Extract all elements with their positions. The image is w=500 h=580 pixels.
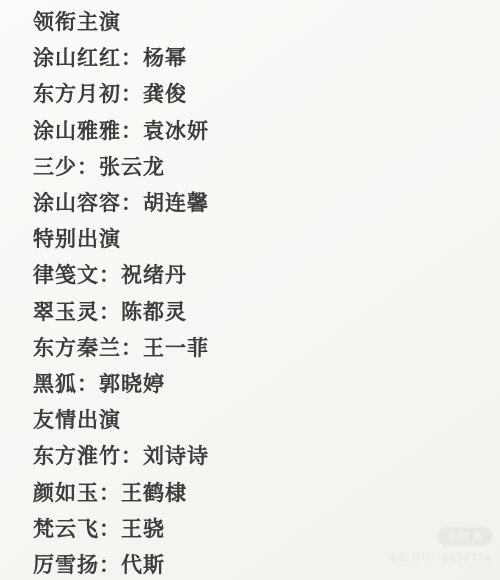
cast-list-screenshot: 领衔主演 涂山红红：杨幂 东方月初：龚俊 涂山雅雅：袁冰妍 三少：张云龙 涂山容… — [0, 0, 500, 580]
cast-line: 三少：张云龙 — [33, 148, 490, 184]
cast-line: 厉雪扬：代斯 — [33, 546, 490, 580]
cast-list: 领衔主演 涂山红红：杨幂 东方月初：龚俊 涂山雅雅：袁冰妍 三少：张云龙 涂山容… — [33, 3, 490, 580]
cast-line: 颜如玉：王鹤棣 — [33, 473, 490, 509]
cast-line: 涂山雅雅：袁冰妍 — [33, 112, 490, 148]
section-heading-friendly-appearance: 友情出演 — [33, 401, 490, 437]
cast-line: 翠玉灵：陈都灵 — [33, 293, 490, 329]
cast-line: 东方月初：龚俊 — [33, 75, 490, 111]
cast-line: 涂山容容：胡连馨 — [33, 184, 490, 220]
cast-line: 律笺文：祝绪丹 — [33, 256, 490, 292]
cast-line: 东方秦兰：王一菲 — [33, 329, 490, 365]
section-heading-lead-cast: 领衔主演 — [33, 3, 490, 39]
section-heading-special-appearance: 特别出演 — [33, 220, 490, 256]
cast-line: 黑狐：郭晓婷 — [33, 365, 490, 401]
cast-line: 涂山红红：杨幂 — [33, 39, 490, 75]
cast-line: 梵云飞：王骁 — [33, 510, 490, 546]
cast-line: 东方淮竹：刘诗诗 — [33, 437, 490, 473]
